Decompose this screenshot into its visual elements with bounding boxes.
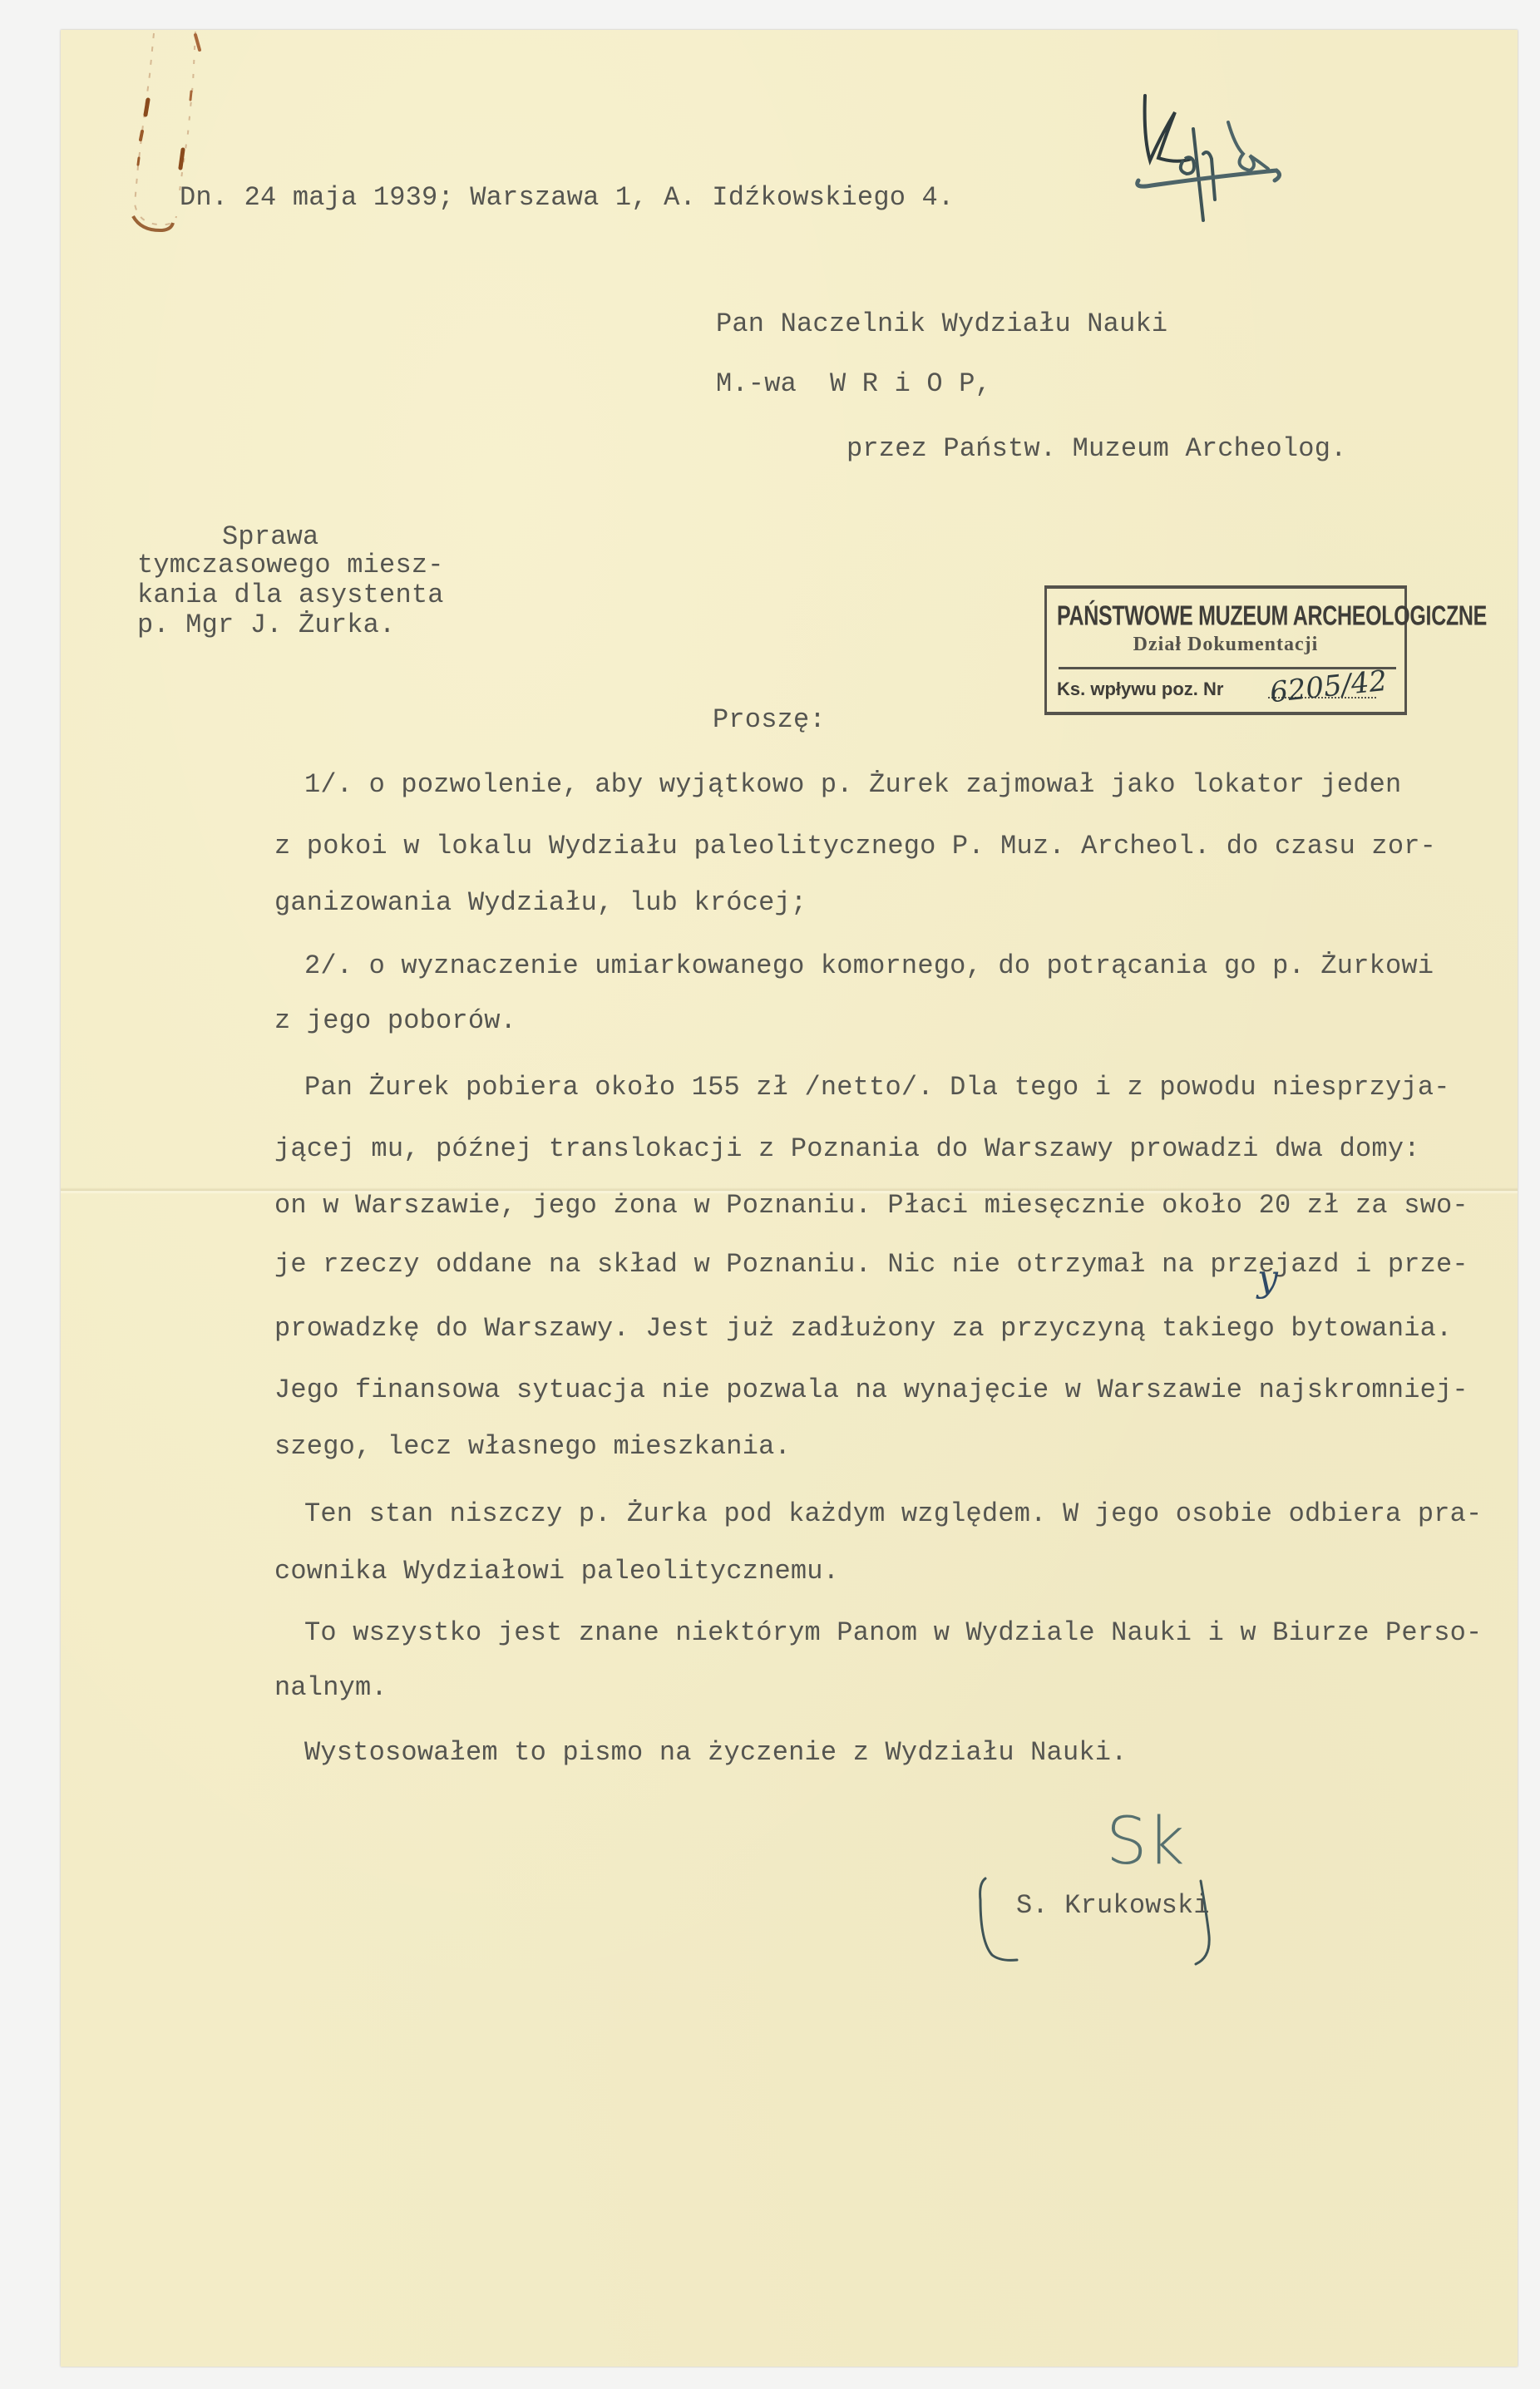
body-line-13: Ten stan niszczy p. Żurka pod każdym wzg… xyxy=(304,1501,1482,1528)
body-line-15: To wszystko jest znane niektórym Panom w… xyxy=(304,1620,1482,1646)
recipient-line-2-prefix: M.-wa xyxy=(716,371,797,397)
body-line-1: 1/. o pozwolenie, aby wyjątkowo p. Żurek… xyxy=(304,772,1401,798)
body-line-4: 2/. o wyznaczenie umiarkowanego komorneg… xyxy=(304,953,1434,980)
body-line-9: je rzeczy oddane na skład w Poznaniu. Ni… xyxy=(274,1251,1468,1278)
subject-line-1: Sprawa xyxy=(222,524,318,550)
signature-typed-name: S. Krukowski xyxy=(1016,1893,1210,1919)
body-line-5: z jego poborów. xyxy=(274,1008,516,1034)
body-line-17: Wystosowałem to pismo na życzenie z Wydz… xyxy=(304,1740,1128,1766)
recipient-ministry: W R i O P, xyxy=(830,371,991,397)
salutation: Proszę: xyxy=(713,707,826,733)
subject-line-2: tymczasowego miesz- xyxy=(137,552,444,579)
body-line-8: on w Warszawie, jego żona w Poznaniu. Pł… xyxy=(274,1192,1468,1219)
museum-registry-stamp: PAŃSTWOWE MUZEUM ARCHEOLOGICZNE Dział Do… xyxy=(1044,585,1407,715)
body-line-10: prowadzkę do Warszawy. Jest już zadłużon… xyxy=(274,1315,1452,1342)
subject-line-3: kania dla asystenta xyxy=(137,582,444,609)
stamp-entry-number: 6205/42 xyxy=(1268,664,1389,710)
body-line-11: Jego finansowa sytuacja nie pozwala na w… xyxy=(274,1377,1468,1404)
body-line-14: cownika Wydziałowi paleolitycznemu. xyxy=(274,1558,839,1585)
date-address-line: Dn. 24 maja 1939; Warszawa 1, A. Idźkows… xyxy=(180,185,954,211)
subject-line-4: p. Mgr J. Żurka. xyxy=(137,612,395,639)
signature-bracket-right-icon xyxy=(1189,1878,1222,1969)
handwritten-correction: y xyxy=(1257,1257,1278,1300)
stamp-entry-label: Ks. wpływu poz. Nr xyxy=(1057,679,1223,700)
body-line-12: szego, lecz własnego mieszkania. xyxy=(274,1434,791,1460)
stamp-institution: PAŃSTWOWE MUZEUM ARCHEOLOGICZNE xyxy=(1057,600,1394,633)
body-line-6: Pan Żurek pobiera około 155 zł /netto/. … xyxy=(304,1074,1450,1101)
signature-bracket-left-icon xyxy=(977,1875,1027,1967)
signature-initials: Sk xyxy=(1106,1804,1185,1879)
body-line-7: jącej mu, późnej translokacji z Poznania… xyxy=(274,1136,1420,1162)
body-line-3: ganizowania Wydziału, lub krócej; xyxy=(274,890,807,916)
body-line-16: nalnym. xyxy=(274,1675,387,1701)
body-line-2: z pokoi w lokalu Wydziału paleolityczneg… xyxy=(274,833,1436,860)
stamp-department: Dział Dokumentacji xyxy=(1047,634,1404,656)
recipient-line-1: Pan Naczelnik Wydziału Nauki xyxy=(716,311,1167,338)
kopja-handwritten-annotation-icon xyxy=(1135,87,1301,237)
recipient-line-3: przez Państw. Muzeum Archeolog. xyxy=(847,436,1347,462)
